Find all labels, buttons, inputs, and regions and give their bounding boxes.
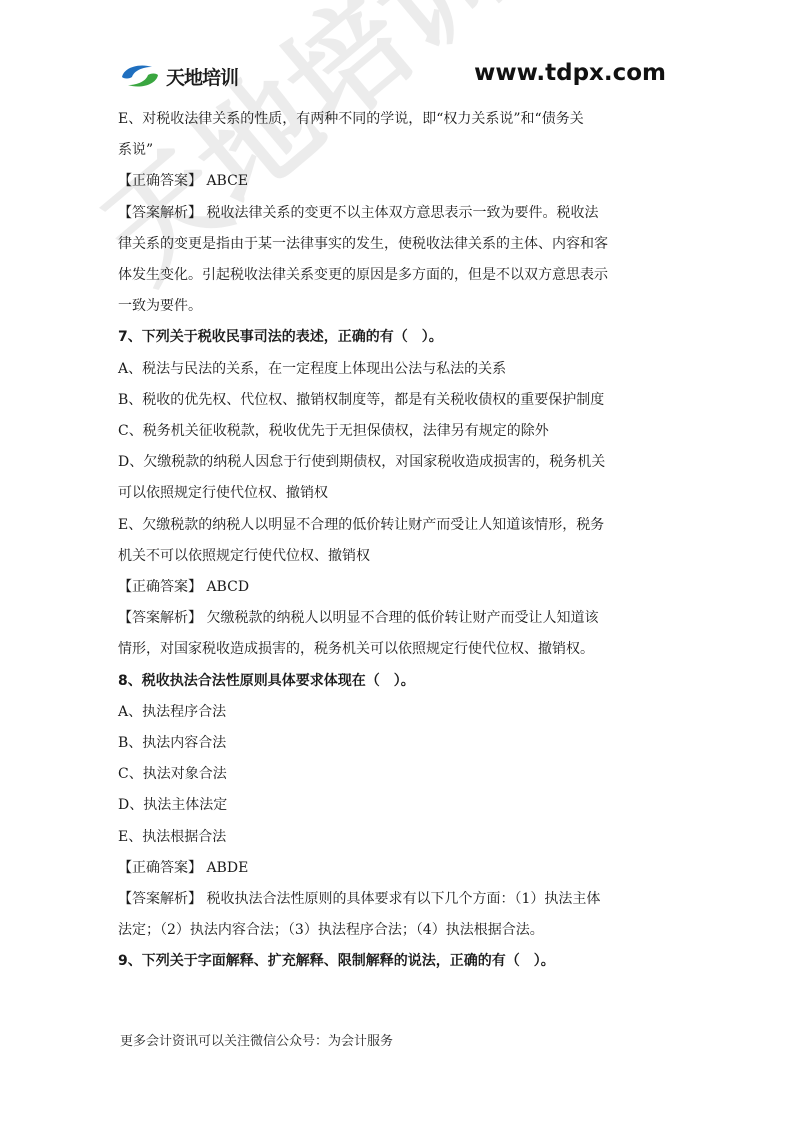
text-line: 可以依照规定行使代位权、撤销权 [118, 478, 690, 509]
option-b: B、执法内容合法 [118, 728, 690, 759]
question-8-title: 8、税收执法合法性原则具体要求体现在（ ）。 [118, 666, 690, 697]
option-b: B、税收的优先权、代位权、撤销权制度等，都是有关税收债权的重要保护制度 [118, 385, 690, 416]
text-line: 法定；（2）执法内容合法；（3）执法程序合法；（4）执法根据合法。 [118, 915, 690, 946]
page-footer: 更多会计资讯可以关注微信公众号：为会计服务 [120, 1030, 393, 1049]
option-d: D、欠缴税款的纳税人因怠于行使到期债权，对国家税收造成损害的，税务机关 [118, 447, 690, 478]
option-e: E、执法根据合法 [118, 822, 690, 853]
text-line: 一致为要件。 [118, 291, 690, 322]
option-a: A、税法与民法的关系，在一定程度上体现出公法与私法的关系 [118, 354, 690, 385]
answer-analysis: 【答案解析】 税收法律关系的变更不以主体双方意思表示一致为要件。税收法 [118, 198, 690, 229]
text-line: 律关系的变更是指由于某一法律事实的发生，使税收法律关系的主体、内容和客 [118, 229, 690, 260]
text-line: 情形，对国家税收造成损害的，税务机关可以依照规定行使代位权、撤销权。 [118, 634, 690, 665]
logo: 天地培训 [118, 58, 238, 94]
option-c: C、执法对象合法 [118, 759, 690, 790]
correct-answer: 【正确答案】 ABCE [118, 166, 690, 197]
option-d: D、执法主体法定 [118, 790, 690, 821]
correct-answer: 【正确答案】 ABDE [118, 853, 690, 884]
option-e: E、欠缴税款的纳税人以明显不合理的低价转让财产而受让人知道该情形，税务 [118, 510, 690, 541]
correct-answer: 【正确答案】 ABCD [118, 572, 690, 603]
option-c: C、税务机关征收税款，税收优先于无担保债权，法律另有规定的除外 [118, 416, 690, 447]
answer-analysis: 【答案解析】 税收执法合法性原则的具体要求有以下几个方面：（1）执法主体 [118, 884, 690, 915]
logo-swirl-icon [118, 61, 162, 91]
text-line: 系说” [118, 135, 690, 166]
question-7-title: 7、下列关于税收民事司法的表述，正确的有（ ）。 [118, 322, 690, 353]
answer-analysis: 【答案解析】 欠缴税款的纳税人以明显不合理的低价转让财产而受让人知道该 [118, 603, 690, 634]
text-line: 体发生变化。引起税收法律关系变更的原因是多方面的，但是不以双方意思表示 [118, 260, 690, 291]
site-url: www.tdpx.com [474, 60, 666, 86]
document-body: E、对税收法律关系的性质，有两种不同的学说，即“权力关系说”和“债务关 系说” … [118, 104, 690, 978]
page-header: 天地培训 www.tdpx.com [118, 58, 678, 94]
question-9-title: 9、下列关于字面解释、扩充解释、限制解释的说法，正确的有（ ）。 [118, 946, 690, 977]
logo-text: 天地培训 [166, 63, 238, 90]
text-line: 机关不可以依照规定行使代位权、撤销权 [118, 541, 690, 572]
option-a: A、执法程序合法 [118, 697, 690, 728]
text-line: E、对税收法律关系的性质，有两种不同的学说，即“权力关系说”和“债务关 [118, 104, 690, 135]
